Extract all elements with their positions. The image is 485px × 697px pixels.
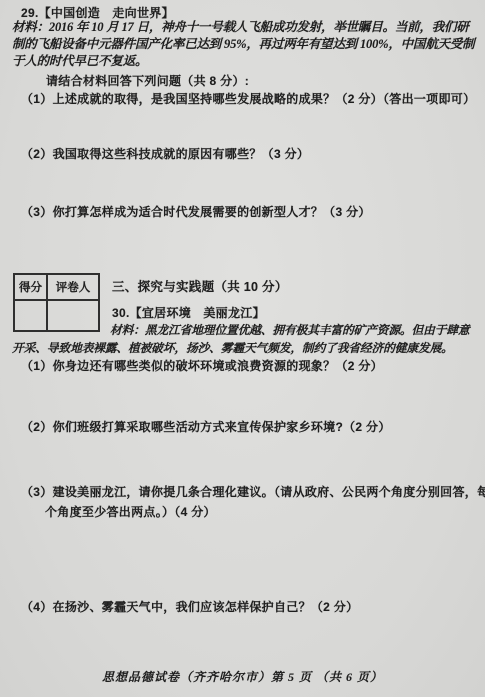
section-3-heading: 三、探究与实践题（共 10 分） — [112, 277, 288, 295]
question-29-material: 材料：2016 年 10 月 17 日，神舟十一号载人飞船成功发射，举世瞩目。当… — [12, 19, 478, 70]
question-30-sub1: （1）你身边还有哪些类似的破坏环境或浪费资源的现象？（2 分） — [21, 357, 383, 374]
question-30-sub2: （2）你们班级打算采取哪些活动方式来宣传保护家乡环境?（2 分） — [21, 418, 391, 435]
question-30-material-line1: 材料：黑龙江省地理位置优越、拥有极其丰富的矿产资源。但由于肆意 — [110, 321, 470, 338]
score-table-header-grader: 评卷人 — [47, 274, 99, 300]
question-29-sub2: （2）我国取得这些科技成就的原因有哪些？（3 分） — [21, 145, 309, 162]
question-30-sub3: （3）建设美丽龙江，请你提几条合理化建议。（请从政府、公民两个角度分别回答，每个… — [21, 482, 485, 522]
score-table-cell-grader — [47, 300, 99, 331]
question-30-material-line2: 开采、导致地表裸露、植被破坏，扬沙、雾霾天气频发，制约了我省经济的健康发展。 — [12, 339, 453, 356]
score-table: 得分 评卷人 — [13, 273, 100, 332]
score-table-header-score: 得分 — [14, 274, 47, 300]
scanned-exam-page: 29.【中国创造 走向世界】 材料：2016 年 10 月 17 日，神舟十一号… — [0, 0, 485, 697]
question-29-sub3: （3）你打算怎样成为适合时代发展需要的创新型人才？（3 分） — [21, 203, 371, 220]
score-table-cell-score — [14, 300, 47, 331]
question-30-sub4: （4）在扬沙、雾霾天气中，我们应该怎样保护自己？（2 分） — [21, 598, 358, 615]
question-29-instruction: 请结合材料回答下列问题（共 8 分）: — [46, 72, 249, 89]
page-footer: 思想品德试卷（齐齐哈尔市）第 5 页 （共 6 页） — [0, 668, 485, 685]
question-30-title: 30.【宜居环境 美丽龙江】 — [112, 304, 265, 321]
question-29-sub1: （1）上述成就的取得，是我国坚持哪些发展战略的成果？（2 分）（答出一项即可） — [21, 90, 475, 107]
